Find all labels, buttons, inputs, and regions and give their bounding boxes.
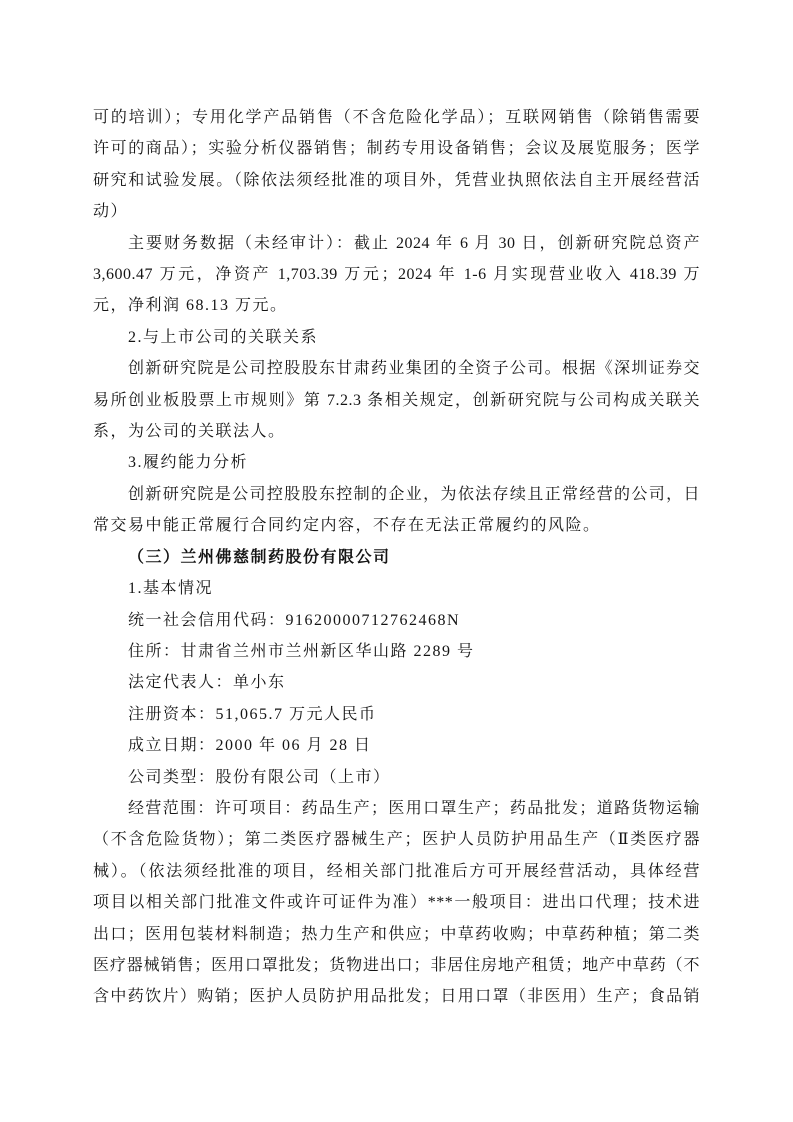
text-line: 项目以相关部门批准文件或许可证件为准）***一般项目：进出口代理；技术进 [93,887,700,918]
text-line: 注册资本：51,065.7 万元人民币 [93,699,700,730]
text-line: 创新研究院是公司控股股东控制的企业，为依法存续且正常经营的公司，日 [93,479,700,510]
text-line: 械）。（依法须经批准的项目，经相关部门批准后方可开展经营活动，具体经营 [93,856,700,887]
text-line: 许可的商品）；实验分析仪器销售；制药专用设备销售；会议及展览服务；医学 [93,133,700,164]
text-line: 研究和试验发展。（除依法须经批准的项目外，凭营业执照依法自主开展经营活 [93,165,700,196]
text-line: 住所：甘肃省兰州市兰州新区华山路 2289 号 [93,636,700,667]
text-line: 动） [93,196,700,227]
text-line: 易所创业板股票上市规则》第 7.2.3 条相关规定，创新研究院与公司构成关联关 [93,385,700,416]
text-line: 主要财务数据（未经审计）：截止 2024 年 6 月 30 日，创新研究院总资产 [93,228,700,259]
text-line: 常交易中能正常履行合同约定内容，不存在无法正常履约的风险。 [93,510,700,541]
text-line: 含中药饮片）购销；医护人员防护用品批发；日用口罩（非医用）生产；食品销 [93,981,700,1012]
text-line: 创新研究院是公司控股股东甘肃药业集团的全资子公司。根据《深圳证券交 [93,353,700,384]
text-line: 法定代表人：单小东 [93,667,700,698]
text-line: 出口；医用包装材料制造；热力生产和供应；中草药收购；中草药种植；第二类 [93,919,700,950]
text-line: 1.基本情况 [93,573,700,604]
text-line: 元，净利润 68.13 万元。 [93,290,700,321]
section-heading-line: （三）兰州佛慈制药股份有限公司 [93,542,700,573]
text-line: 成立日期：2000 年 06 月 28 日 [93,730,700,761]
text-line: 3.履约能力分析 [93,447,700,478]
text-line: 统一社会信用代码：91620000712762468N [93,605,700,636]
text-line: 2.与上市公司的关联关系 [93,322,700,353]
text-line: （不含危险货物）；第二类医疗器械生产；医护人员防护用品生产（Ⅱ类医疗器 [93,824,700,855]
text-line: 3,600.47 万元，净资产 1,703.39 万元；2024 年 1-6 月… [93,259,700,290]
text-line: 经营范围：许可项目：药品生产；医用口罩生产；药品批发；道路货物运输 [93,793,700,824]
text-line: 医疗器械销售；医用口罩批发；货物进出口；非居住房地产租赁；地产中草药（不 [93,950,700,981]
document-body: 可的培训）；专用化学产品销售（不含危险化学品）；互联网销售（除销售需要许可的商品… [93,102,700,1013]
document-page: 可的培训）；专用化学产品销售（不含危险化学品）；互联网销售（除销售需要许可的商品… [0,0,793,1122]
text-line: 可的培训）；专用化学产品销售（不含危险化学品）；互联网销售（除销售需要 [93,102,700,133]
text-line: 系，为公司的关联法人。 [93,416,700,447]
text-line: 公司类型：股份有限公司（上市） [93,762,700,793]
